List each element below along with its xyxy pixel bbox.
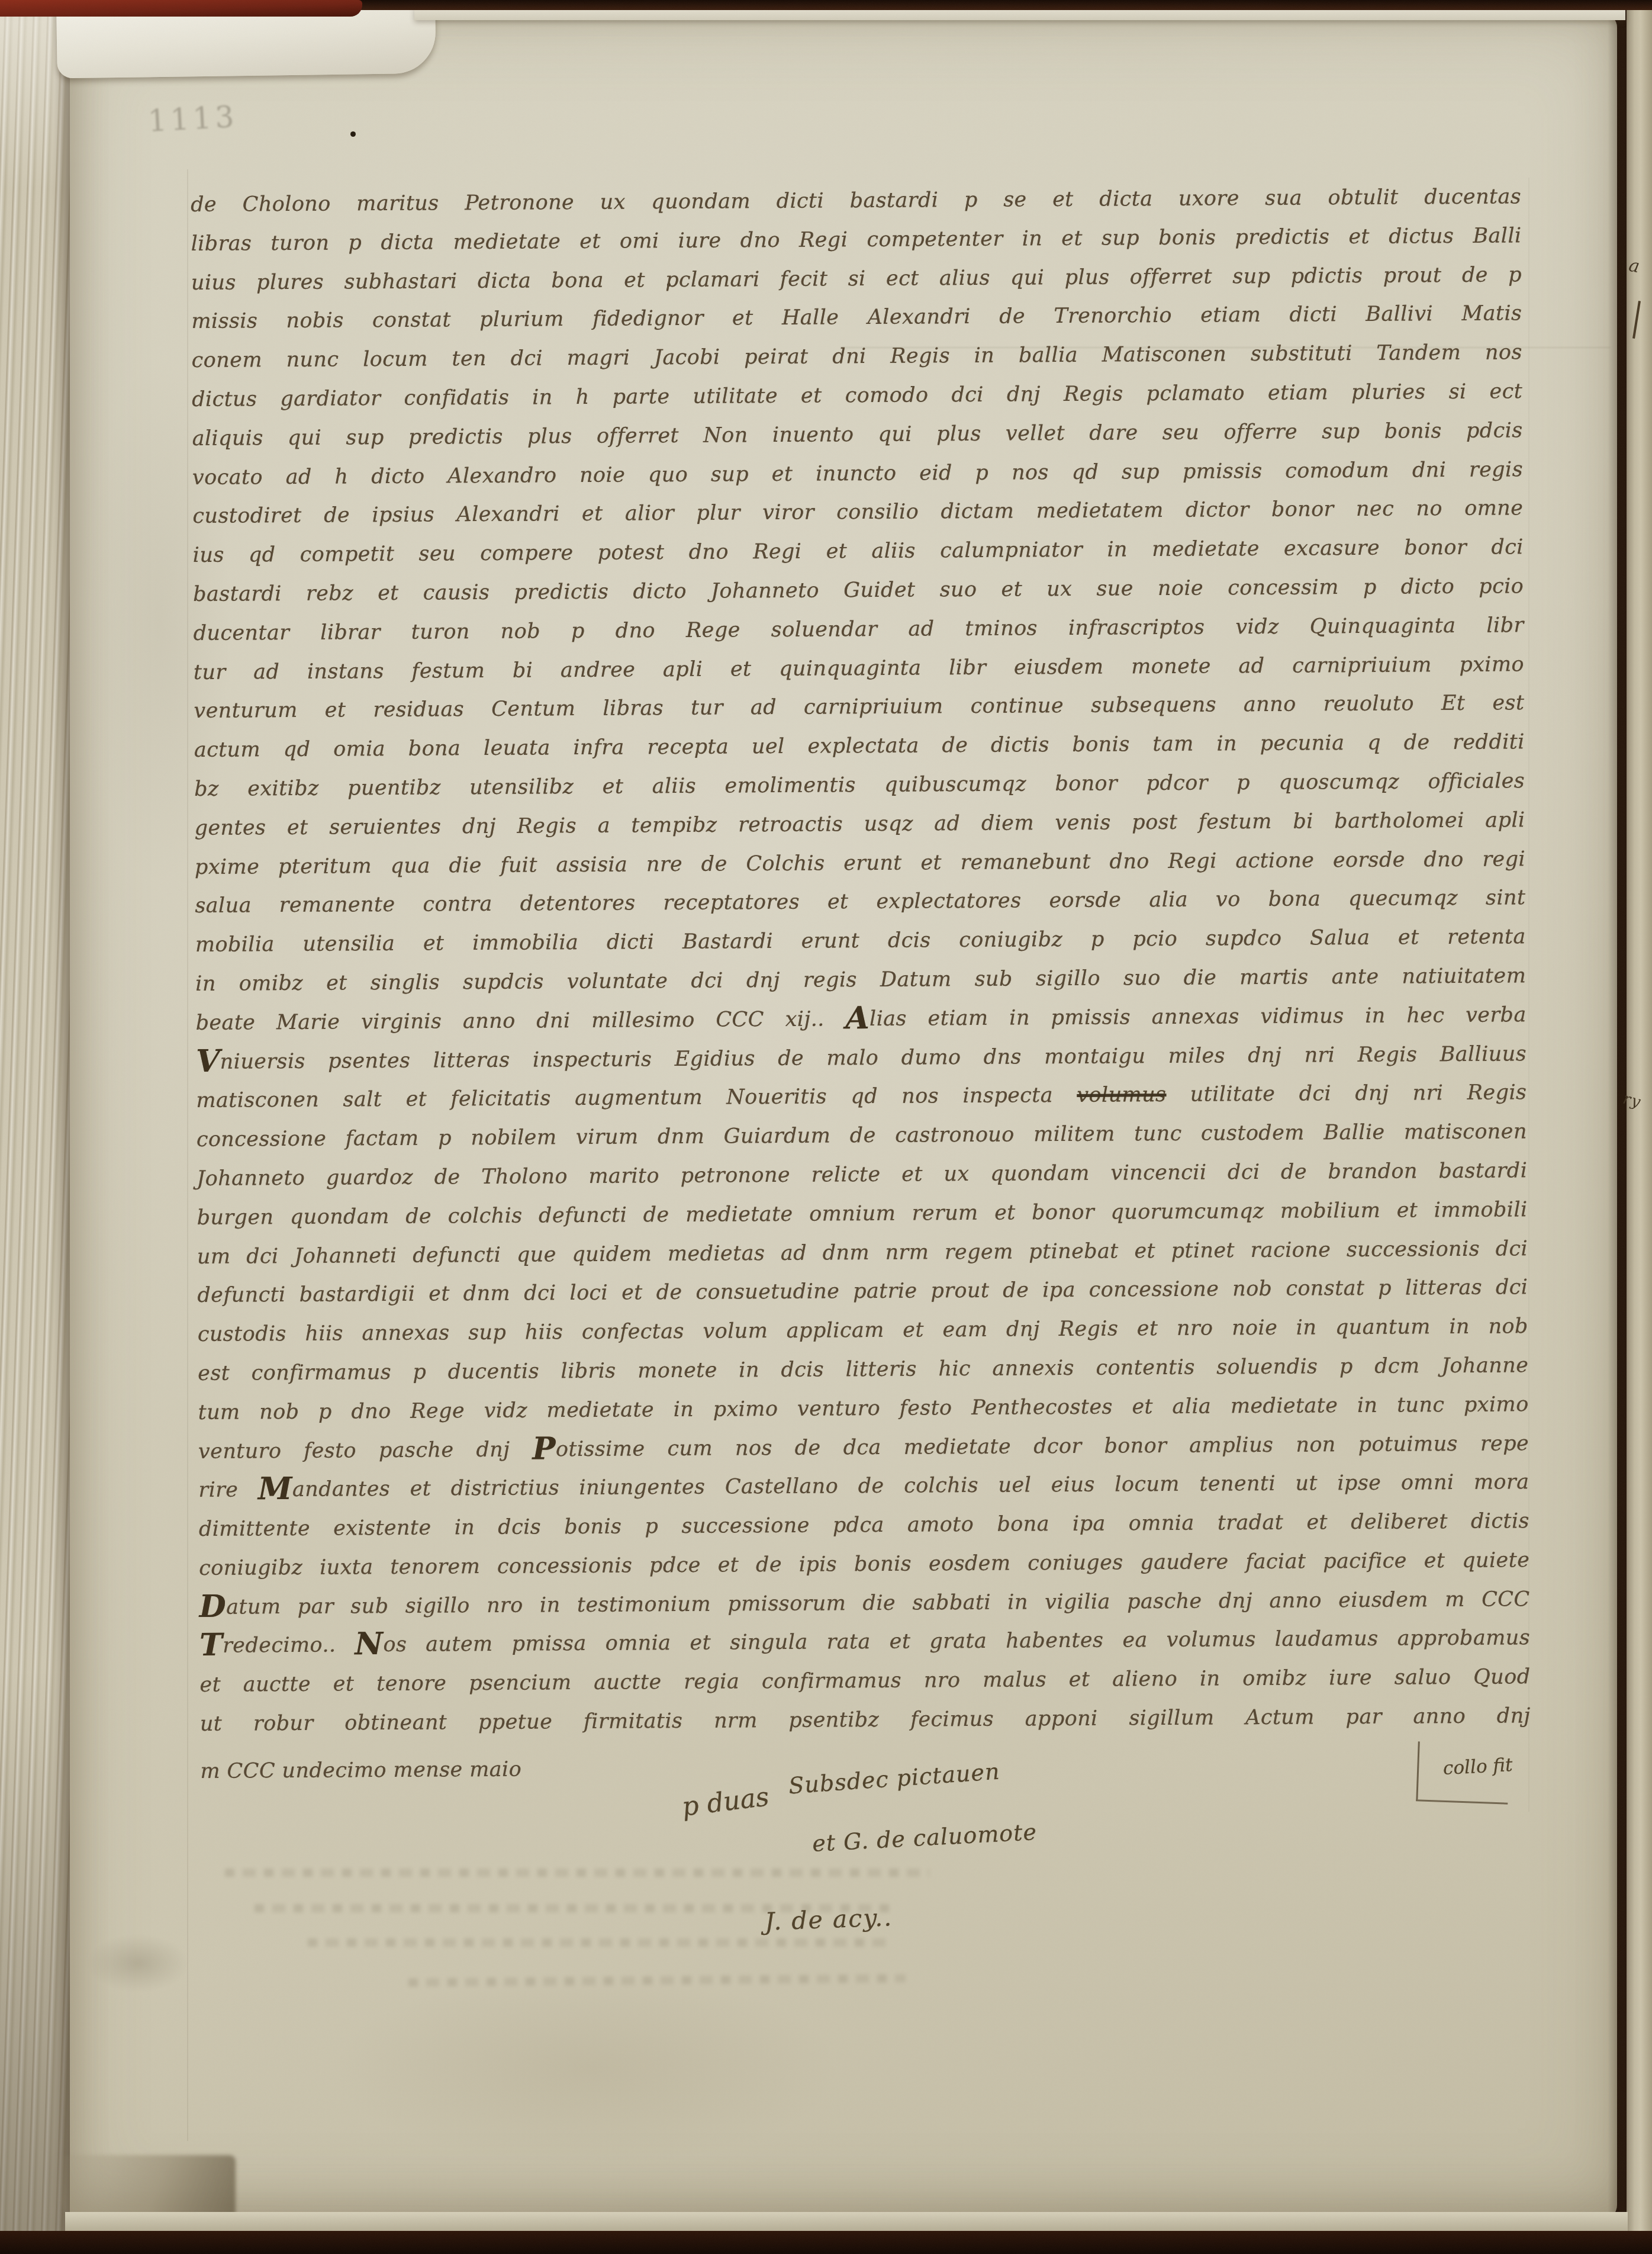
enlarged-initial: D bbox=[199, 1588, 226, 1624]
verso-bleedthrough-line bbox=[225, 1869, 929, 1877]
page-crease-shadow bbox=[1608, 8, 1634, 2250]
subscription-signature-2: J. de acy.. bbox=[764, 1903, 893, 1936]
binding-red-cover-corner bbox=[0, 0, 362, 17]
bleedthrough-folio-number: 1113 bbox=[147, 99, 239, 139]
enlarged-initial: A bbox=[845, 1000, 870, 1036]
bottom-page-edge bbox=[65, 2212, 1628, 2232]
verso-bleedthrough-line bbox=[308, 1938, 888, 1947]
enlarged-initial: V bbox=[196, 1043, 220, 1079]
struck-word: volumus bbox=[1077, 1083, 1166, 1107]
binding-bottom-edge bbox=[0, 2231, 1652, 2254]
collation-note: collo fit bbox=[1442, 1754, 1513, 1779]
enlarged-initial: P bbox=[532, 1430, 556, 1467]
manuscript-text-block: de Cholono maritus Petronone ux quondam … bbox=[191, 179, 1531, 1792]
manuscript-line-40: ut robur obtineant ppetue firmitatis nrm… bbox=[200, 1698, 1531, 1745]
paper-stain bbox=[331, 1972, 841, 2167]
enlarged-initial: M bbox=[258, 1471, 292, 1507]
ink-speck bbox=[350, 131, 356, 137]
enlarged-initial: N bbox=[355, 1626, 383, 1663]
enlarged-initial: T bbox=[199, 1627, 223, 1663]
manuscript-photo: 1113 de Cholono maritus Petronone ux quo… bbox=[0, 0, 1652, 2254]
verso-bleedthrough-blob bbox=[88, 1935, 188, 1992]
binding-gutter-page-edges bbox=[0, 9, 70, 2254]
